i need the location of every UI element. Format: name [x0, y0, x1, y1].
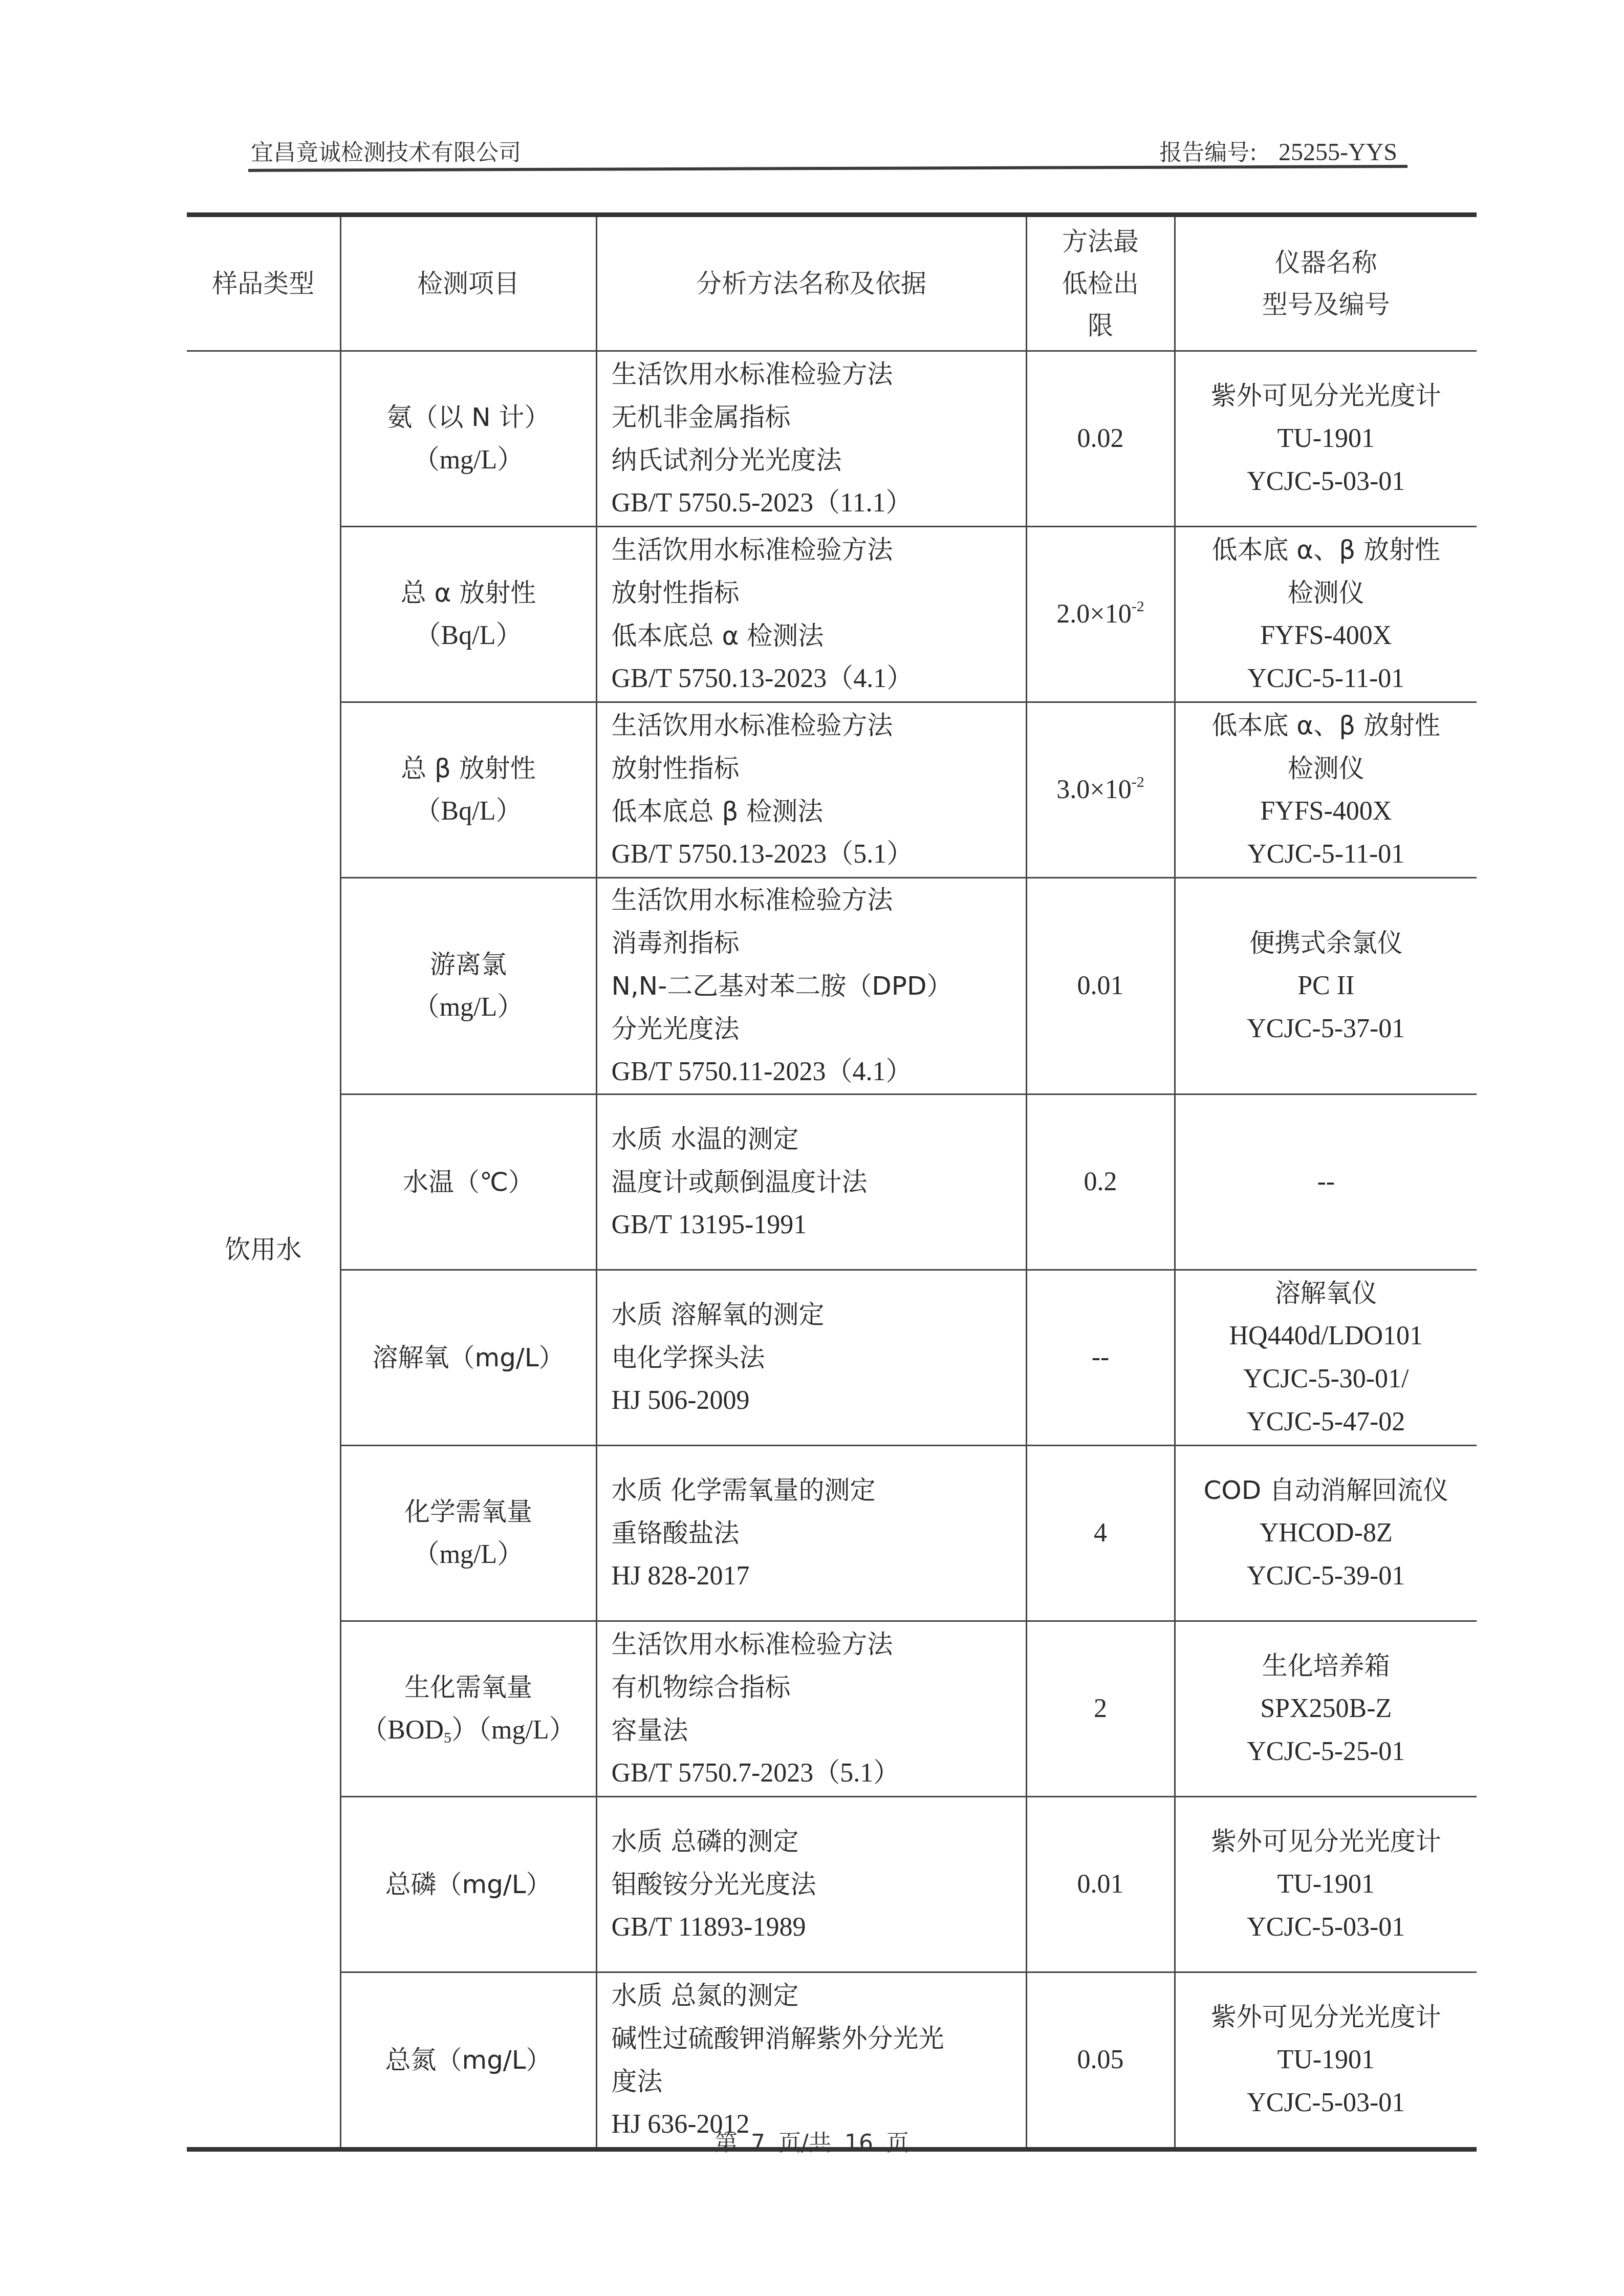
instrument-cell: 溶解氧仪 HQ440d/LDO101 YCJC-5-30-01/ YCJC-5-…: [1175, 1270, 1477, 1446]
detection-limit-cell: 0.01: [1026, 878, 1175, 1095]
sample-type-cell: 饮用水: [187, 351, 340, 2150]
column-header-test-item: 检测项目: [340, 215, 596, 351]
method-cell: 水质 总氮的测定 碱性过硫酸钾消解紫外分光光 度法 HJ 636-2012: [596, 1972, 1026, 2150]
report-number-value: 25255-YYS: [1279, 139, 1397, 166]
table-row: 化学需氧量 （mg/L） 水质 化学需氧量的测定 重铬酸盐法 HJ 828-20…: [187, 1446, 1477, 1621]
detection-limit-cell: 2.0×10-2: [1026, 527, 1175, 702]
column-header-method: 分析方法名称及依据: [596, 215, 1026, 351]
method-cell: 水质 总磷的测定 钼酸铵分光光度法 GB/T 11893-1989: [596, 1797, 1026, 1972]
test-item-cell: 总磷（mg/L）: [340, 1797, 596, 1972]
page-header: 宜昌竟诚检测技术有限公司 报告编号: 25255-YYS: [251, 134, 1408, 165]
instrument-cell: 生化培养箱 SPX250B-Z YCJC-5-25-01: [1175, 1621, 1477, 1797]
table-body: 饮用水 氨（以 N 计） （mg/L） 生活饮用水标准检验方法 无机非金属指标 …: [187, 351, 1477, 2150]
detection-limit-cell: 3.0×10-2: [1026, 702, 1175, 878]
table-row: 饮用水 氨（以 N 计） （mg/L） 生活饮用水标准检验方法 无机非金属指标 …: [187, 351, 1477, 527]
instrument-cell: 紫外可见分光光度计 TU-1901 YCJC-5-03-01: [1175, 351, 1477, 527]
method-cell: 生活饮用水标准检验方法 有机物综合指标 容量法 GB/T 5750.7-2023…: [596, 1621, 1026, 1797]
table-row: 总磷（mg/L） 水质 总磷的测定 钼酸铵分光光度法 GB/T 11893-19…: [187, 1797, 1477, 1972]
instrument-cell: 低本底 α、β 放射性 检测仪 FYFS-400X YCJC-5-11-01: [1175, 702, 1477, 878]
report-number-label: 报告编号:: [1159, 140, 1257, 166]
instrument-cell: --: [1175, 1095, 1477, 1270]
table-row: 溶解氧（mg/L） 水质 溶解氧的测定 电化学探头法 HJ 506-2009 -…: [187, 1270, 1477, 1446]
test-item-cell: 水温（℃）: [340, 1095, 596, 1270]
test-item-cell: 总氮（mg/L）: [340, 1972, 596, 2150]
detection-limit-cell: 4: [1026, 1446, 1175, 1621]
detection-limit-cell: --: [1026, 1270, 1175, 1446]
instrument-cell: 低本底 α、β 放射性 检测仪 FYFS-400X YCJC-5-11-01: [1175, 527, 1477, 702]
detection-methods-table-wrap: 样品类型 检测项目 分析方法名称及依据 方法最 低检出 限 仪器名称 型号及编号: [187, 212, 1477, 2152]
detection-limit-cell: 2: [1026, 1621, 1175, 1797]
test-item-cell: 化学需氧量 （mg/L）: [340, 1446, 596, 1621]
instrument-cell: 紫外可见分光光度计 TU-1901 YCJC-5-03-01: [1175, 1797, 1477, 1972]
instrument-cell: COD 自动消解回流仪 YHCOD-8Z YCJC-5-39-01: [1175, 1446, 1477, 1621]
detection-limit-cell: 0.01: [1026, 1797, 1175, 1972]
company-name: 宜昌竟诚检测技术有限公司: [251, 134, 521, 167]
test-item-cell: 总 β 放射性 （Bq/L）: [340, 702, 596, 878]
detection-limit-cell: 0.2: [1026, 1095, 1175, 1270]
table-header-row: 样品类型 检测项目 分析方法名称及依据 方法最 低检出 限 仪器名称 型号及编号: [187, 215, 1477, 351]
table-row: 水温（℃） 水质 水温的测定 温度计或颠倒温度计法 GB/T 13195-199…: [187, 1095, 1477, 1270]
table-row: 总 β 放射性 （Bq/L） 生活饮用水标准检验方法 放射性指标 低本底总 β …: [187, 702, 1477, 878]
instrument-cell: 紫外可见分光光度计 TU-1901 YCJC-5-03-01: [1175, 1972, 1477, 2150]
method-cell: 生活饮用水标准检验方法 消毒剂指标 N,N-二乙基对苯二胺（DPD） 分光光度法…: [596, 878, 1026, 1095]
table-row: 总氮（mg/L） 水质 总氮的测定 碱性过硫酸钾消解紫外分光光 度法 HJ 63…: [187, 1972, 1477, 2150]
method-cell: 水质 化学需氧量的测定 重铬酸盐法 HJ 828-2017: [596, 1446, 1026, 1621]
method-cell: 生活饮用水标准检验方法 放射性指标 低本底总 β 检测法 GB/T 5750.1…: [596, 702, 1026, 878]
table-row: 游离氯 （mg/L） 生活饮用水标准检验方法 消毒剂指标 N,N-二乙基对苯二胺…: [187, 878, 1477, 1095]
detection-limit-cell: 0.02: [1026, 351, 1175, 527]
detection-methods-table: 样品类型 检测项目 分析方法名称及依据 方法最 低检出 限 仪器名称 型号及编号: [187, 212, 1477, 2152]
report-number: 报告编号: 25255-YYS: [1159, 134, 1397, 167]
table-row: 总 α 放射性 （Bq/L） 生活饮用水标准检验方法 放射性指标 低本底总 α …: [187, 527, 1477, 702]
table-row: 生化需氧量 （BOD5）（mg/L） 生活饮用水标准检验方法 有机物综合指标 容…: [187, 1621, 1477, 1797]
test-item-cell: 生化需氧量 （BOD5）（mg/L）: [340, 1621, 596, 1797]
instrument-cell: 便携式余氯仪 PC II YCJC-5-37-01: [1175, 878, 1477, 1095]
test-item-cell: 游离氯 （mg/L）: [340, 878, 596, 1095]
bod5-label: （BOD5）（mg/L）: [349, 1709, 589, 1752]
method-cell: 生活饮用水标准检验方法 放射性指标 低本底总 α 检测法 GB/T 5750.1…: [596, 527, 1026, 702]
column-header-instrument: 仪器名称 型号及编号: [1175, 215, 1477, 351]
method-cell: 水质 溶解氧的测定 电化学探头法 HJ 506-2009: [596, 1270, 1026, 1446]
test-item-cell: 总 α 放射性 （Bq/L）: [340, 527, 596, 702]
page-number: 第 7 页/共 16 页: [0, 2125, 1624, 2157]
detection-limit-cell: 0.05: [1026, 1972, 1175, 2150]
method-cell: 生活饮用水标准检验方法 无机非金属指标 纳氏试剂分光光度法 GB/T 5750.…: [596, 351, 1026, 527]
column-header-detection-limit: 方法最 低检出 限: [1026, 215, 1175, 351]
method-cell: 水质 水温的测定 温度计或颠倒温度计法 GB/T 13195-1991: [596, 1095, 1026, 1270]
test-item-cell: 氨（以 N 计） （mg/L）: [340, 351, 596, 527]
test-item-cell: 溶解氧（mg/L）: [340, 1270, 596, 1446]
column-header-sample-type: 样品类型: [187, 215, 340, 351]
